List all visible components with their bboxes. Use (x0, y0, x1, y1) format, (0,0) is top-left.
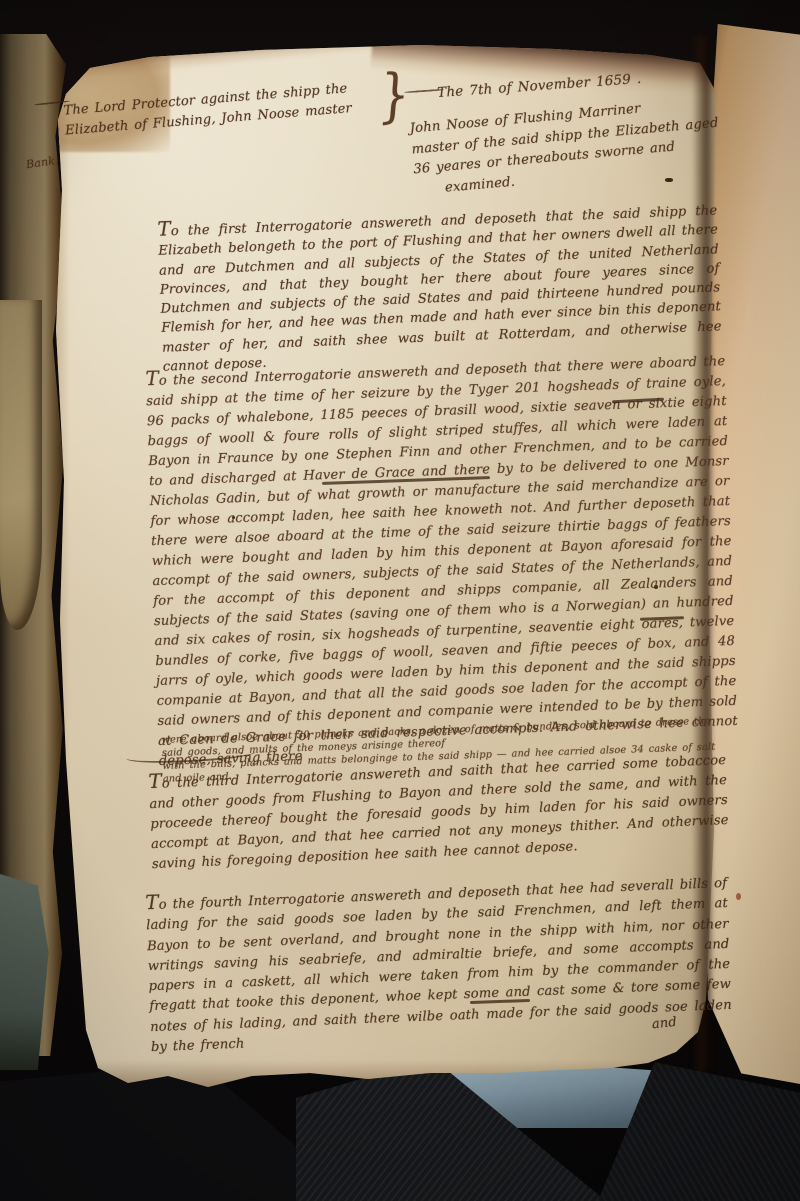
answer-fourth-interrogatory: To the fourth Interrogatorie answereth a… (145, 871, 733, 1059)
red-speck (736, 893, 741, 900)
answer-first-interrogatory: To the first Interrogatorie answereth an… (157, 198, 723, 377)
case-note-brace: } (377, 66, 412, 126)
torn-leaf-fragment (0, 300, 42, 630)
manuscript-photo: The Lord Protector against the shipp the… (0, 0, 800, 1201)
catchword: and (651, 1015, 677, 1033)
answer-second-interrogatory: To the second Interrogatorie answereth a… (145, 349, 739, 772)
